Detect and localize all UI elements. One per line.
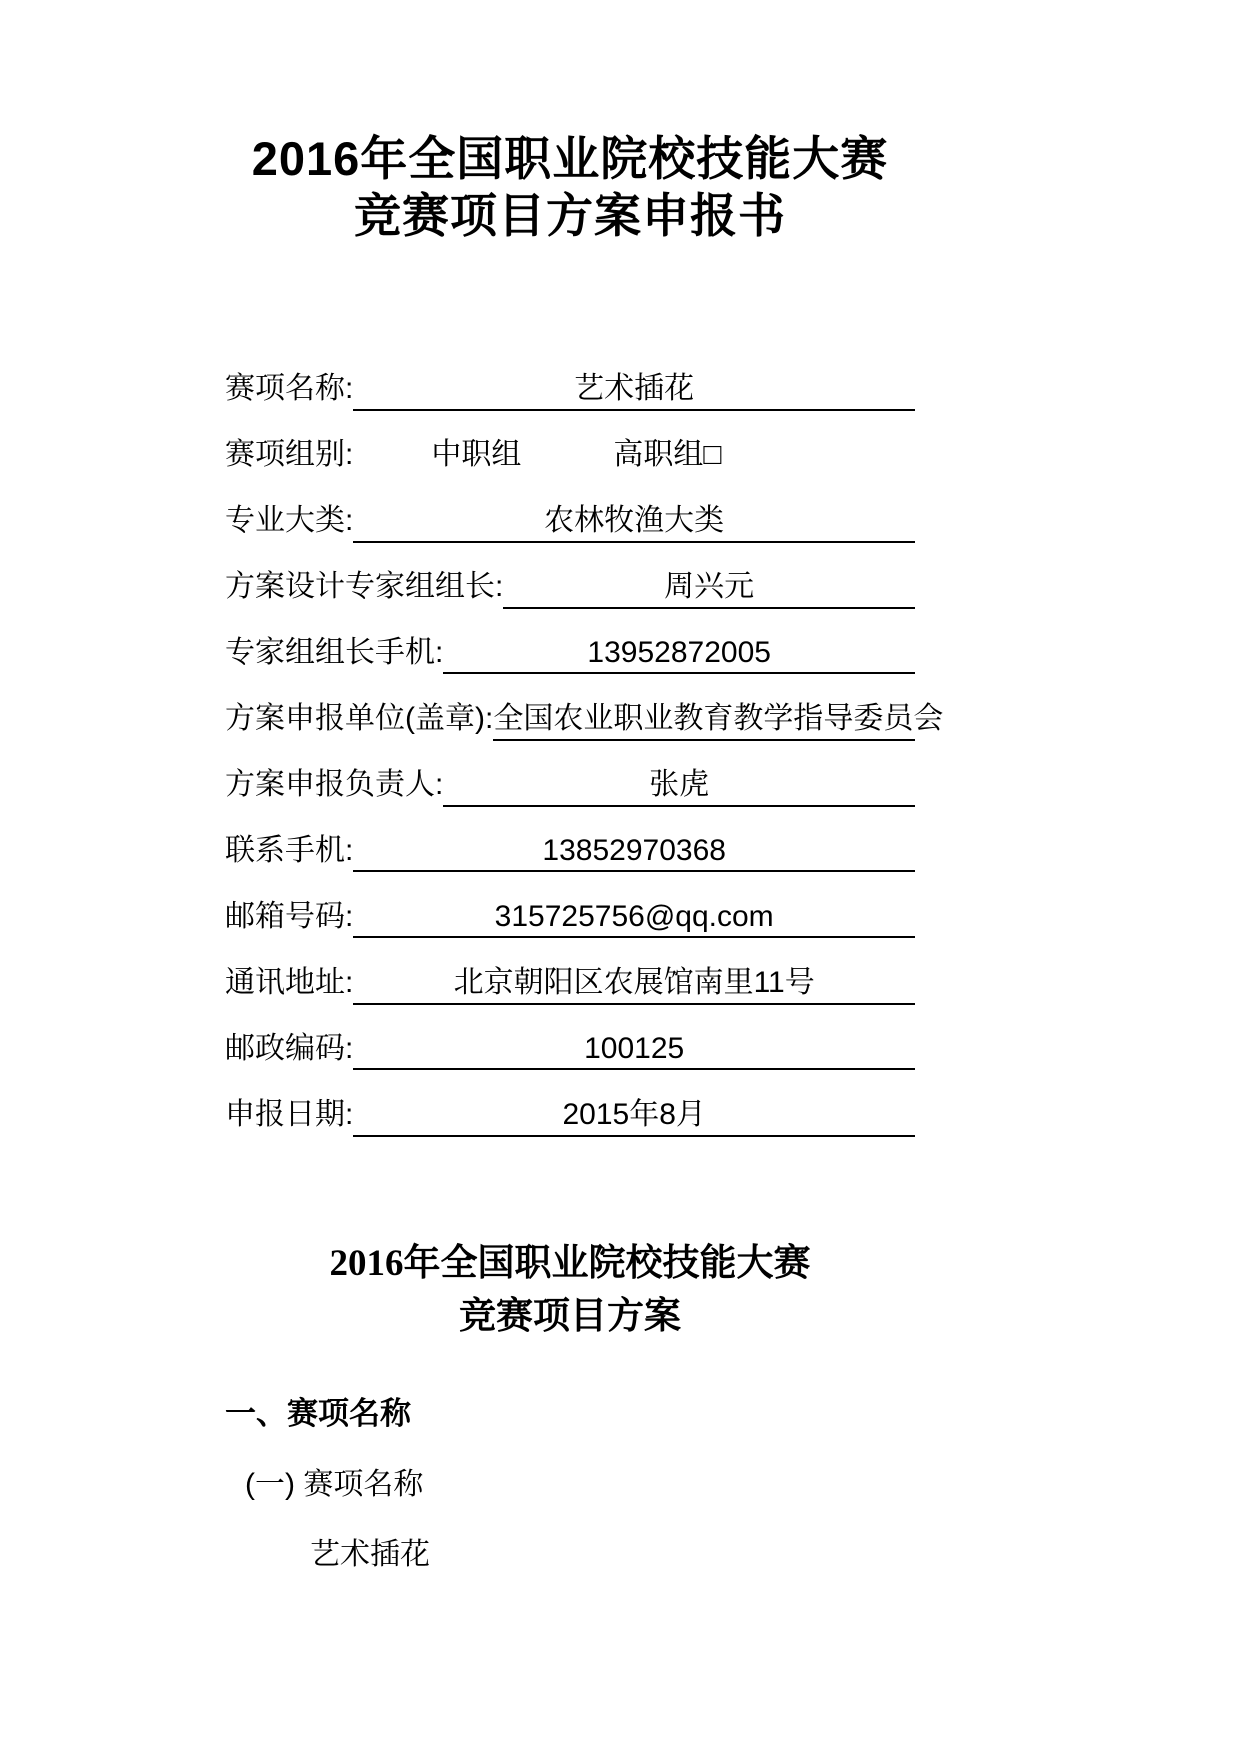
field-row-event-name: 赛项名称: 艺术插花 [225, 363, 915, 399]
section2-title-line1: 2016年全国职业院校技能大赛 [225, 1237, 915, 1291]
field-value-underline: 艺术插花 [353, 363, 915, 411]
field-label: 专业大类: [225, 495, 353, 539]
option-higher-vocational: 高职组□ [613, 429, 721, 473]
document-title-line1: 2016年全国职业院校技能大赛 [225, 130, 915, 187]
field-row-email: 邮箱号码: 315725756@qq.com [225, 891, 915, 927]
checkbox-empty-icon: □ [703, 438, 721, 471]
field-value-underline: 农林牧渔大类 [353, 495, 915, 543]
field-value-underline: 2015年8月 [353, 1089, 915, 1137]
field-label: 申报日期: [225, 1089, 353, 1133]
application-form: 赛项名称: 艺术插花 赛项组别: 中职组 高职组□ 专业大类: 农林牧渔大类 方… [225, 363, 915, 1125]
field-value-underline: 100125 [353, 1032, 915, 1070]
document-page: 2016年全国职业院校技能大赛 竞赛项目方案申报书 赛项名称: 艺术插花 赛项组… [0, 0, 1241, 1754]
option-secondary-vocational: 中职组 [431, 429, 521, 473]
field-label: 邮政编码: [225, 1023, 353, 1067]
field-value-underline: 北京朝阳区农展馆南里11号 [353, 957, 915, 1005]
field-row-responsible-person: 方案申报负责人: 张虎 [225, 759, 915, 795]
field-row-event-group: 赛项组别: 中职组 高职组□ [225, 429, 915, 465]
subsection-heading-event-name: (一) 赛项名称 [245, 1459, 915, 1503]
document-title-line2: 竞赛项目方案申报书 [225, 187, 915, 244]
field-label: 赛项组别: [225, 429, 353, 473]
field-value-underline: 全国农业职业教育教学指导委员会 [493, 693, 915, 741]
field-label: 方案设计专家组组长: [225, 561, 503, 605]
field-label: 邮箱号码: [225, 891, 353, 935]
field-row-address: 通讯地址: 北京朝阳区农展馆南里11号 [225, 957, 915, 993]
field-row-major-category: 专业大类: 农林牧渔大类 [225, 495, 915, 531]
document-title: 2016年全国职业院校技能大赛 竞赛项目方案申报书 [225, 0, 915, 245]
field-label: 联系手机: [225, 825, 353, 869]
field-label: 方案申报单位(盖章): [225, 693, 493, 737]
field-value-underline: 张虎 [443, 759, 915, 807]
field-label: 专家组组长手机: [225, 627, 443, 671]
option-higher-label: 高职组 [613, 438, 703, 471]
field-row-leader-mobile: 专家组组长手机: 13952872005 [225, 627, 915, 663]
content-column: 2016年全国职业院校技能大赛 竞赛项目方案申报书 赛项名称: 艺术插花 赛项组… [225, 0, 915, 1573]
field-row-postal-code: 邮政编码: 100125 [225, 1023, 915, 1059]
section-heading-event-name: 一、赛项名称 [225, 1388, 915, 1433]
field-value-underline: 315725756@qq.com [353, 900, 915, 938]
field-row-contact-mobile: 联系手机: 13852970368 [225, 825, 915, 861]
field-label: 方案申报负责人: [225, 759, 443, 803]
field-value-underline: 13952872005 [443, 636, 915, 674]
field-value-underline: 13852970368 [353, 834, 915, 872]
section2-title-line2: 竞赛项目方案 [225, 1290, 915, 1344]
field-row-expert-group-leader: 方案设计专家组组长: 周兴元 [225, 561, 915, 597]
field-label: 赛项名称: [225, 363, 353, 407]
field-value-underline: 周兴元 [503, 561, 915, 609]
section2-title: 2016年全国职业院校技能大赛 竞赛项目方案 [225, 1237, 915, 1344]
event-name-value: 艺术插花 [310, 1529, 915, 1573]
field-row-applicant-unit: 方案申报单位(盖章): 全国农业职业教育教学指导委员会 [225, 693, 915, 729]
field-row-application-date: 申报日期: 2015年8月 [225, 1089, 915, 1125]
field-label: 通讯地址: [225, 957, 353, 1001]
